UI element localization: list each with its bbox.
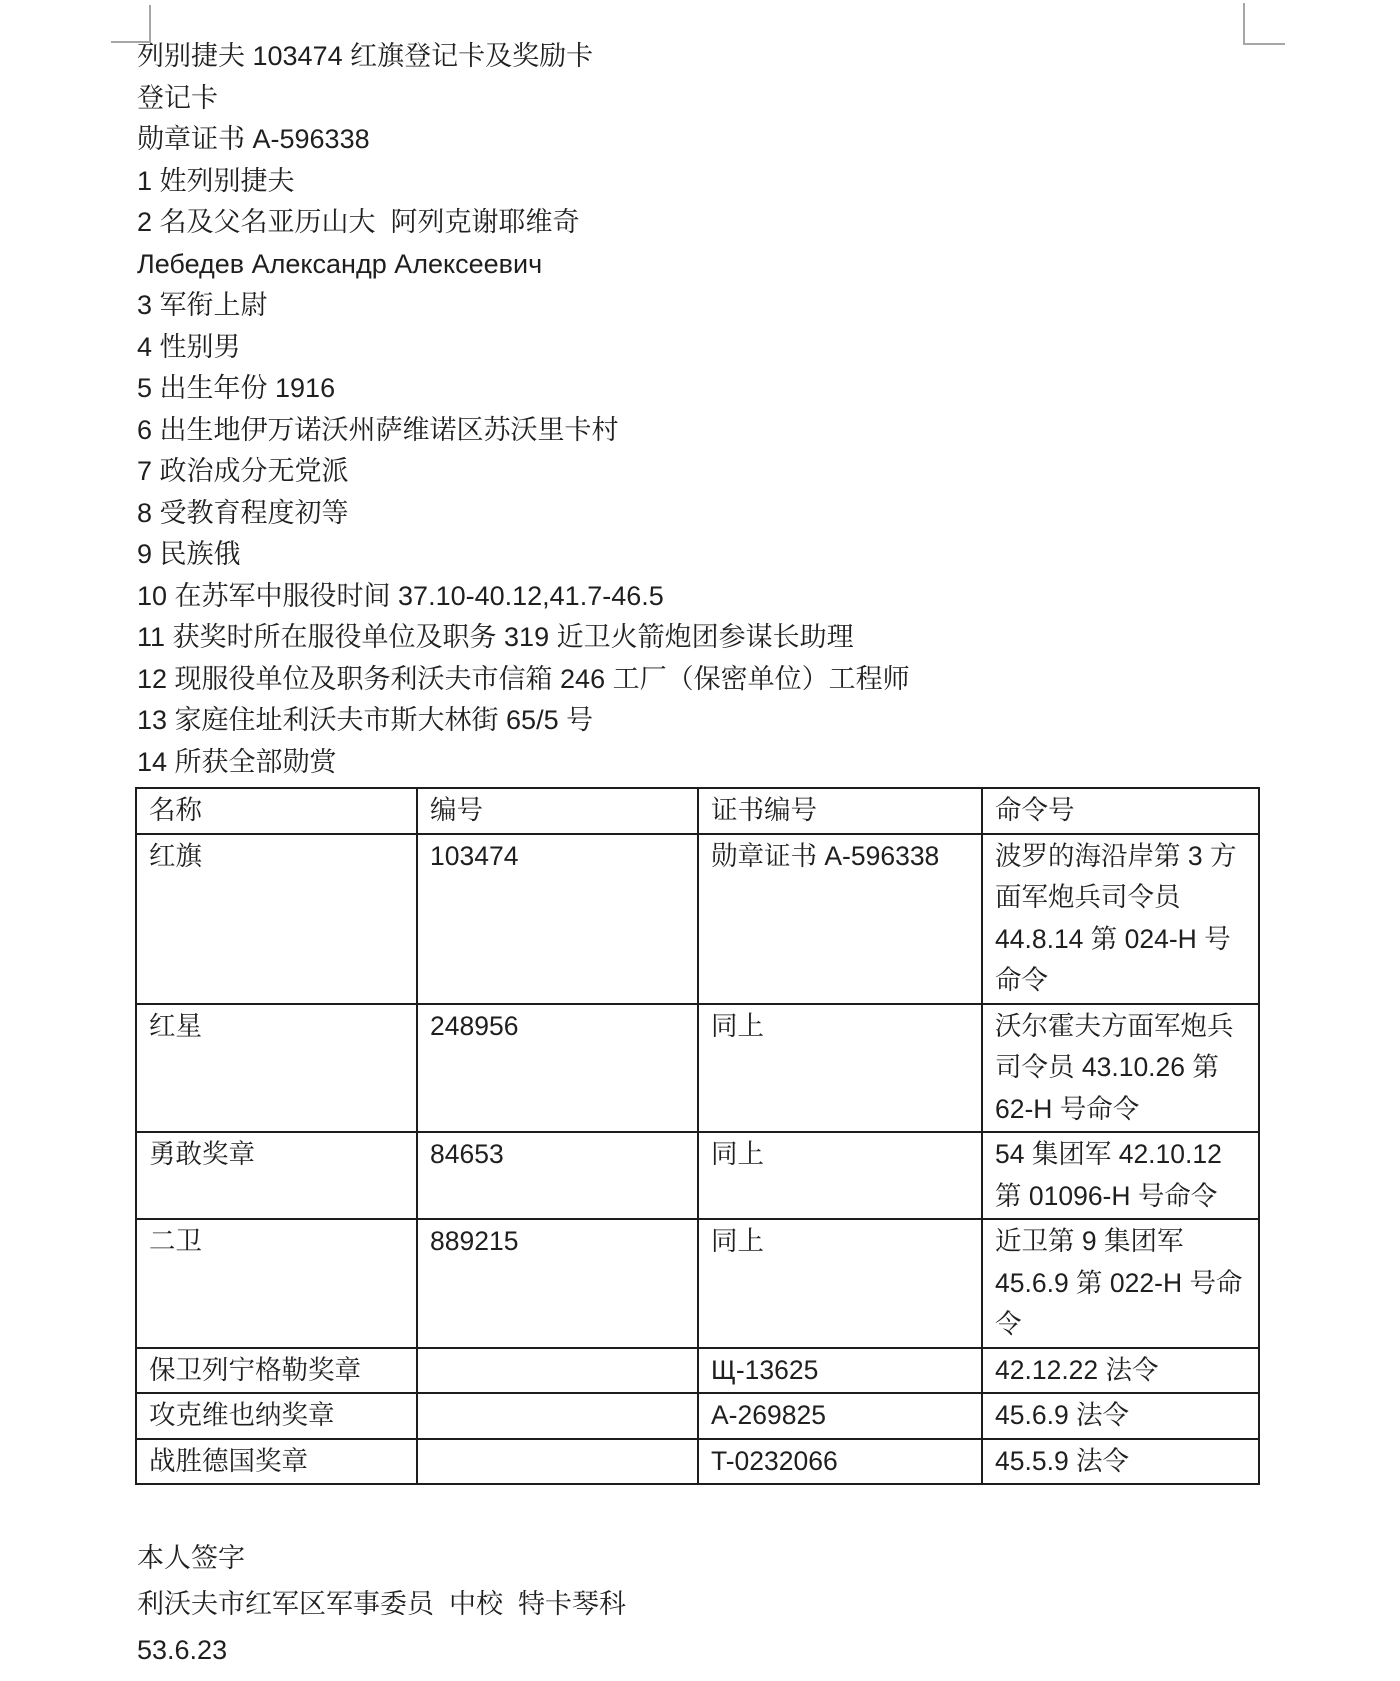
award-certificate-cell: 同上 [698,1219,982,1348]
award-name-cell: 红星 [136,1004,417,1133]
award-order-cell: 45.5.9 法令 [982,1439,1259,1485]
doc-line: 6 出生地伊万诺沃州萨维诺区苏沃里卡村 [137,410,1267,452]
doc-line: Лебедев Александр Алексеевич [137,244,1267,286]
award-number-cell [417,1439,698,1485]
doc-line: 8 受教育程度初等 [137,493,1267,535]
award-name-cell: 红旗 [136,834,417,1004]
award-number-cell [417,1393,698,1439]
award-number-cell [417,1348,698,1394]
signature-block: 本人签字 利沃夫市红军区军事委员 中校 特卡琴科 53.6.23 [137,1535,1267,1673]
column-header-certificate: 证书编号 [698,788,982,834]
awards-table: 名称 编号 证书编号 命令号 红旗 103474 勋章证书 A-596338 波… [135,787,1260,1485]
award-row: 红星 248956 同上 沃尔霍夫方面军炮兵司令员 43.10.26 第 62-… [136,1004,1259,1133]
award-certificate-cell: 同上 [698,1132,982,1219]
doc-line: 2 名及父名亚历山大 阿列克谢耶维奇 [137,202,1267,244]
awards-header-row: 名称 编号 证书编号 命令号 [136,788,1259,834]
column-header-number: 编号 [417,788,698,834]
date-line: 53.6.23 [137,1627,1267,1673]
doc-line: 4 性别男 [137,327,1267,369]
doc-line: 5 出生年份 1916 [137,368,1267,410]
doc-line: 1 姓列别捷夫 [137,161,1267,203]
award-certificate-cell: Щ-13625 [698,1348,982,1394]
award-certificate-cell: 勋章证书 A-596338 [698,834,982,1004]
doc-line: 12 现服役单位及职务利沃夫市信箱 246 工厂（保密单位）工程师 [137,659,1267,701]
award-row: 战胜德国奖章 T-0232066 45.5.9 法令 [136,1439,1259,1485]
column-header-name: 名称 [136,788,417,834]
award-certificate-cell: 同上 [698,1004,982,1133]
award-order-cell: 波罗的海沿岸第 3 方面军炮兵司令员 44.8.14 第 024-H 号命令 [982,834,1259,1004]
doc-line: 14 所获全部勋赏 [137,742,1267,784]
document-content: 列别捷夫 103474 红旗登记卡及奖励卡 登记卡 勋章证书 A-596338 … [137,36,1267,1673]
award-number-cell: 84653 [417,1132,698,1219]
award-order-cell: 沃尔霍夫方面军炮兵司令员 43.10.26 第 62-H 号命令 [982,1004,1259,1133]
doc-line: 勋章证书 A-596338 [137,119,1267,161]
award-number-cell: 889215 [417,1219,698,1348]
doc-line: 登记卡 [137,78,1267,120]
award-order-cell: 45.6.9 法令 [982,1393,1259,1439]
doc-line: 7 政治成分无党派 [137,451,1267,493]
award-order-cell: 近卫第 9 集团军 45.6.9 第 022-H 号命令 [982,1219,1259,1348]
commissar-line: 利沃夫市红军区军事委员 中校 特卡琴科 [137,1581,1267,1627]
award-name-cell: 勇敢奖章 [136,1132,417,1219]
signature-label-line: 本人签字 [137,1535,1267,1581]
award-order-cell: 54 集团军 42.10.12 第 01096-H 号命令 [982,1132,1259,1219]
document-page: 列别捷夫 103474 红旗登记卡及奖励卡 登记卡 勋章证书 A-596338 … [0,0,1400,1681]
doc-line: 13 家庭住址利沃夫市斯大林街 65/5 号 [137,700,1267,742]
award-name-cell: 攻克维也纳奖章 [136,1393,417,1439]
award-number-cell: 248956 [417,1004,698,1133]
award-certificate-cell: A-269825 [698,1393,982,1439]
doc-title-line: 列别捷夫 103474 红旗登记卡及奖励卡 [137,36,1267,78]
award-number-cell: 103474 [417,834,698,1004]
award-row: 保卫列宁格勒奖章 Щ-13625 42.12.22 法令 [136,1348,1259,1394]
doc-line: 3 军衔上尉 [137,285,1267,327]
award-row: 二卫 889215 同上 近卫第 9 集团军 45.6.9 第 022-H 号命… [136,1219,1259,1348]
award-name-cell: 二卫 [136,1219,417,1348]
award-name-cell: 保卫列宁格勒奖章 [136,1348,417,1394]
doc-line: 10 在苏军中服役时间 37.10-40.12,41.7-46.5 [137,576,1267,618]
doc-line: 11 获奖时所在服役单位及职务 319 近卫火箭炮团参谋长助理 [137,617,1267,659]
award-certificate-cell: T-0232066 [698,1439,982,1485]
award-order-cell: 42.12.22 法令 [982,1348,1259,1394]
award-name-cell: 战胜德国奖章 [136,1439,417,1485]
award-row: 攻克维也纳奖章 A-269825 45.6.9 法令 [136,1393,1259,1439]
doc-line: 9 民族俄 [137,534,1267,576]
award-row: 勇敢奖章 84653 同上 54 集团军 42.10.12 第 01096-H … [136,1132,1259,1219]
column-header-order: 命令号 [982,788,1259,834]
award-row: 红旗 103474 勋章证书 A-596338 波罗的海沿岸第 3 方面军炮兵司… [136,834,1259,1004]
